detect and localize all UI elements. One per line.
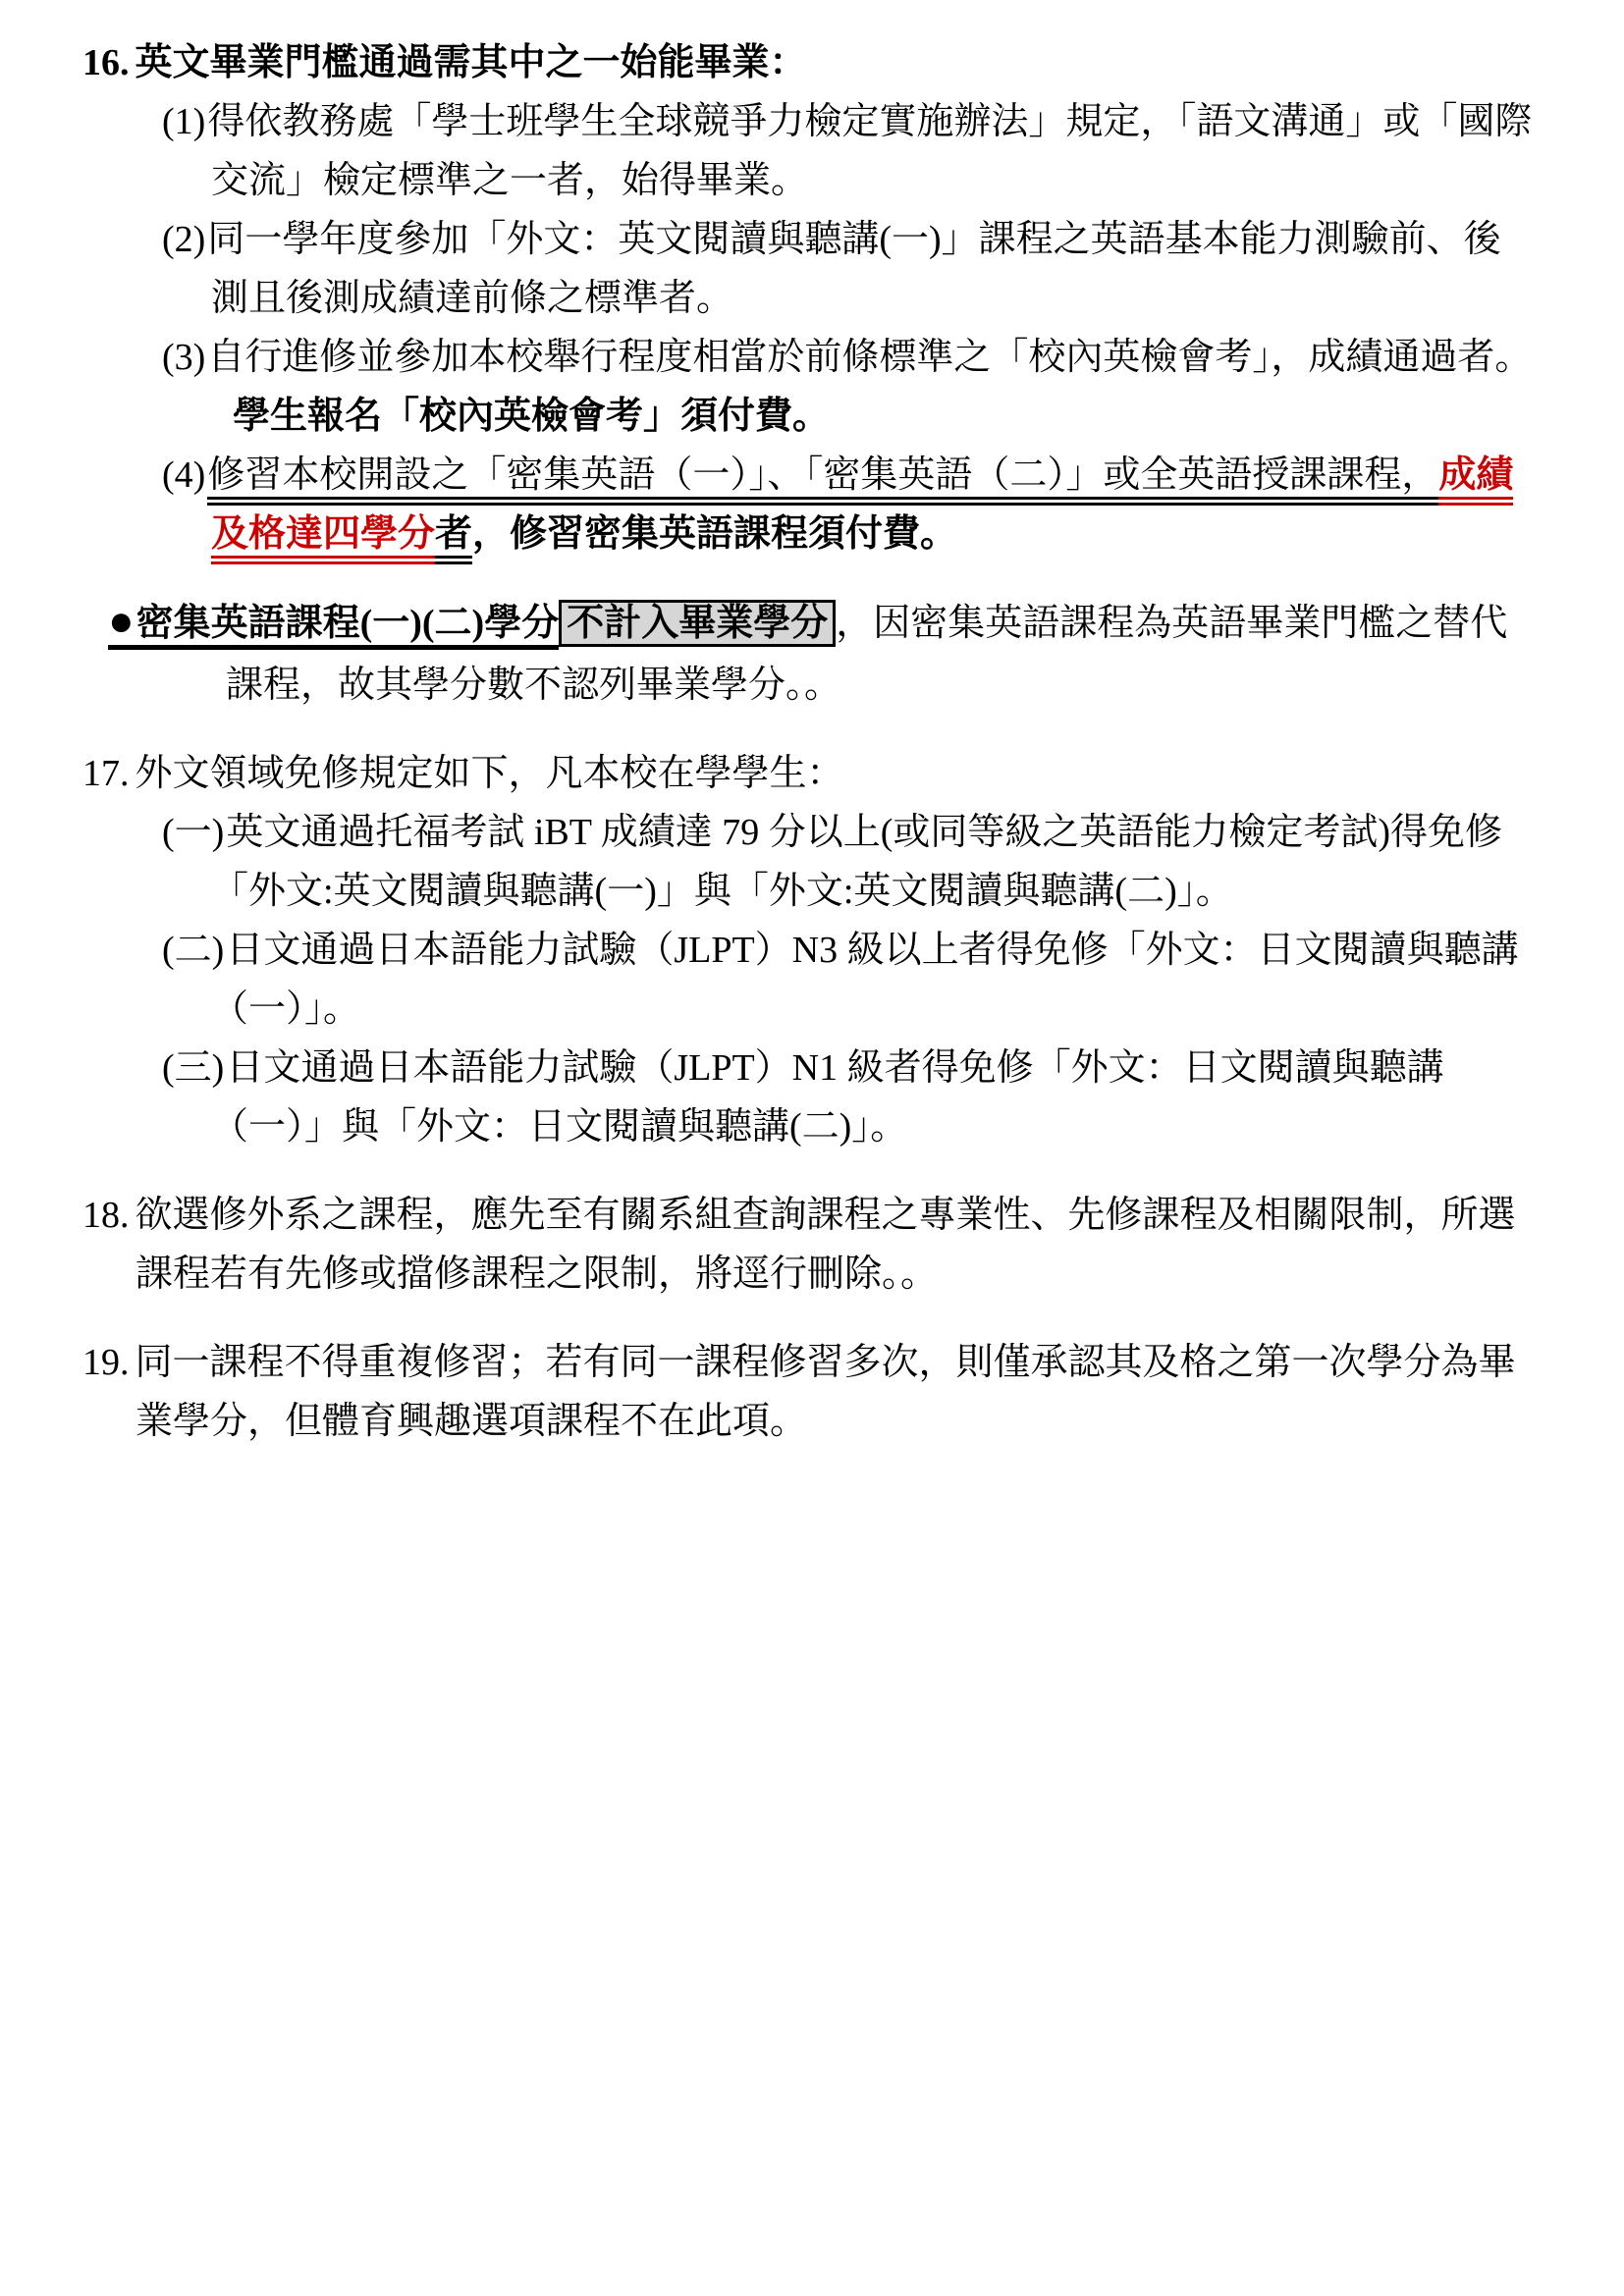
item-17: 17.外文領域免修規定如下，凡本校在學學生： (一)英文通過托福考試 iBT 成… — [82, 744, 1538, 1156]
item-16-sub-3: (3)自行進修並參加本校舉行程度相當於前條標準之「校內英檢會考」，成績通過者。學… — [135, 328, 1538, 446]
item-17-sub-3-label: (三) — [162, 1047, 224, 1089]
item-17-number: 17. — [82, 753, 130, 794]
item-18-number: 18. — [82, 1195, 130, 1236]
item-17-heading: 外文領域免修規定如下，凡本校在學學生： — [135, 753, 844, 794]
item-16-sub-3-fee-note: 學生報名「校內英檢會考」須付費。 — [233, 396, 830, 437]
item-19-number: 19. — [82, 1342, 130, 1383]
item-16-sub-4: (4)修習本校開設之「密集英語（一）」、「密集英語（二）」或全英語授課課程，成績… — [135, 446, 1538, 563]
bullet-note-lead-text: 密集英語課程(一)(二)學分 — [136, 603, 560, 644]
item-16-sub-4-label: (4) — [162, 454, 205, 496]
item-17-sub-2: (二)日文通過日本語能力試驗（JLPT）N3 級以上者得免修「外文：日文閱讀與聽… — [135, 921, 1538, 1039]
item-17-sub-2-label: (二) — [162, 930, 224, 971]
item-19: 19.同一課程不得重複修習；若有同一課程修習多次，則僅承認其及格之第一次學分為畢… — [82, 1333, 1538, 1451]
item-16-sub-1: (1)得依教務處「學士班學生全球競爭力檢定實施辦法」規定，「語文溝通」或「國際交… — [135, 92, 1538, 210]
item-18: 18.欲選修外系之課程，應先至有關系組查詢課程之專業性、先修課程及相關限制，所選… — [82, 1186, 1538, 1304]
item-16-sub-2-text: 同一學年度參加「外文：英文閱讀與聽講(一)」課程之英語基本能力測驗前、後測且後測… — [207, 219, 1500, 319]
item-16-sub-3-label: (3) — [162, 337, 205, 378]
item-17-sub-3: (三)日文通過日本語能力試驗（JLPT）N1 級者得免修「外文：日文閱讀與聽講（… — [135, 1039, 1538, 1156]
item-16-sub-4-underlined-text: 修習本校開設之「密集英語（一）」、「密集英語（二）」或全英語授課課程， — [207, 454, 1438, 506]
document-page: 16.英文畢業門檻通過需其中之一始能畢業： (1)得依教務處「學士班學生全球競爭… — [0, 0, 1624, 1451]
item-16-number: 16. — [82, 42, 130, 83]
item-16-sub-2-label: (2) — [162, 219, 205, 260]
item-16-sub-2: (2)同一學年度參加「外文：英文閱讀與聽講(一)」課程之英語基本能力測驗前、後測… — [135, 210, 1538, 328]
item-16-sub-1-text: 得依教務處「學士班學生全球競爭力檢定實施辦法」規定，「語文溝通」或「國際交流」檢… — [207, 101, 1532, 201]
item-19-text: 同一課程不得重複修習；若有同一課程修習多次，則僅承認其及格之第一次學分為畢業學分… — [135, 1342, 1516, 1442]
bullet-note-lead: ●密集英語課程(一)(二)學分 — [108, 603, 559, 650]
bullet-icon: ● — [108, 597, 136, 645]
item-17-sub-1: (一)英文通過托福考試 iBT 成績達 79 分以上(或同等級之英語能力檢定考試… — [135, 803, 1538, 921]
item-17-sub-1-label: (一) — [162, 812, 224, 853]
item-18-text: 欲選修外系之課程，應先至有關系組查詢課程之專業性、先修課程及相關限制，所選課程若… — [135, 1195, 1516, 1295]
item-17-sub-2-text: 日文通過日本語能力試驗（JLPT）N3 級以上者得免修「外文：日文閱讀與聽講（一… — [211, 930, 1519, 1030]
bullet-note-highlight-box: 不計入畢業學分 — [559, 600, 836, 647]
item-16-heading: 英文畢業門檻通過需其中之一始能畢業： — [135, 42, 807, 83]
item-16-sub-4-suffix: 者 — [435, 513, 472, 564]
item-16-bullet-note: ●密集英語課程(一)(二)學分不計入畢業學分，因密集英語課程為英語畢業門檻之替代… — [135, 587, 1538, 715]
item-16-sub-3-text: 自行進修並參加本校舉行程度相當於前條標準之「校內英檢會考」，成績通過者。 — [207, 337, 1532, 378]
item-17-sub-3-text: 日文通過日本語能力試驗（JLPT）N1 級者得免修「外文：日文閱讀與聽講（一）」… — [211, 1047, 1444, 1148]
item-16: 16.英文畢業門檻通過需其中之一始能畢業： (1)得依教務處「學士班學生全球競爭… — [82, 33, 1538, 715]
item-17-sub-1-text: 英文通過托福考試 iBT 成績達 79 分以上(或同等級之英語能力檢定考試)得免… — [211, 812, 1502, 912]
item-16-sub-1-label: (1) — [162, 101, 205, 142]
item-16-sub-4-fee-note: ，修習密集英語課程須付費。 — [472, 513, 957, 555]
